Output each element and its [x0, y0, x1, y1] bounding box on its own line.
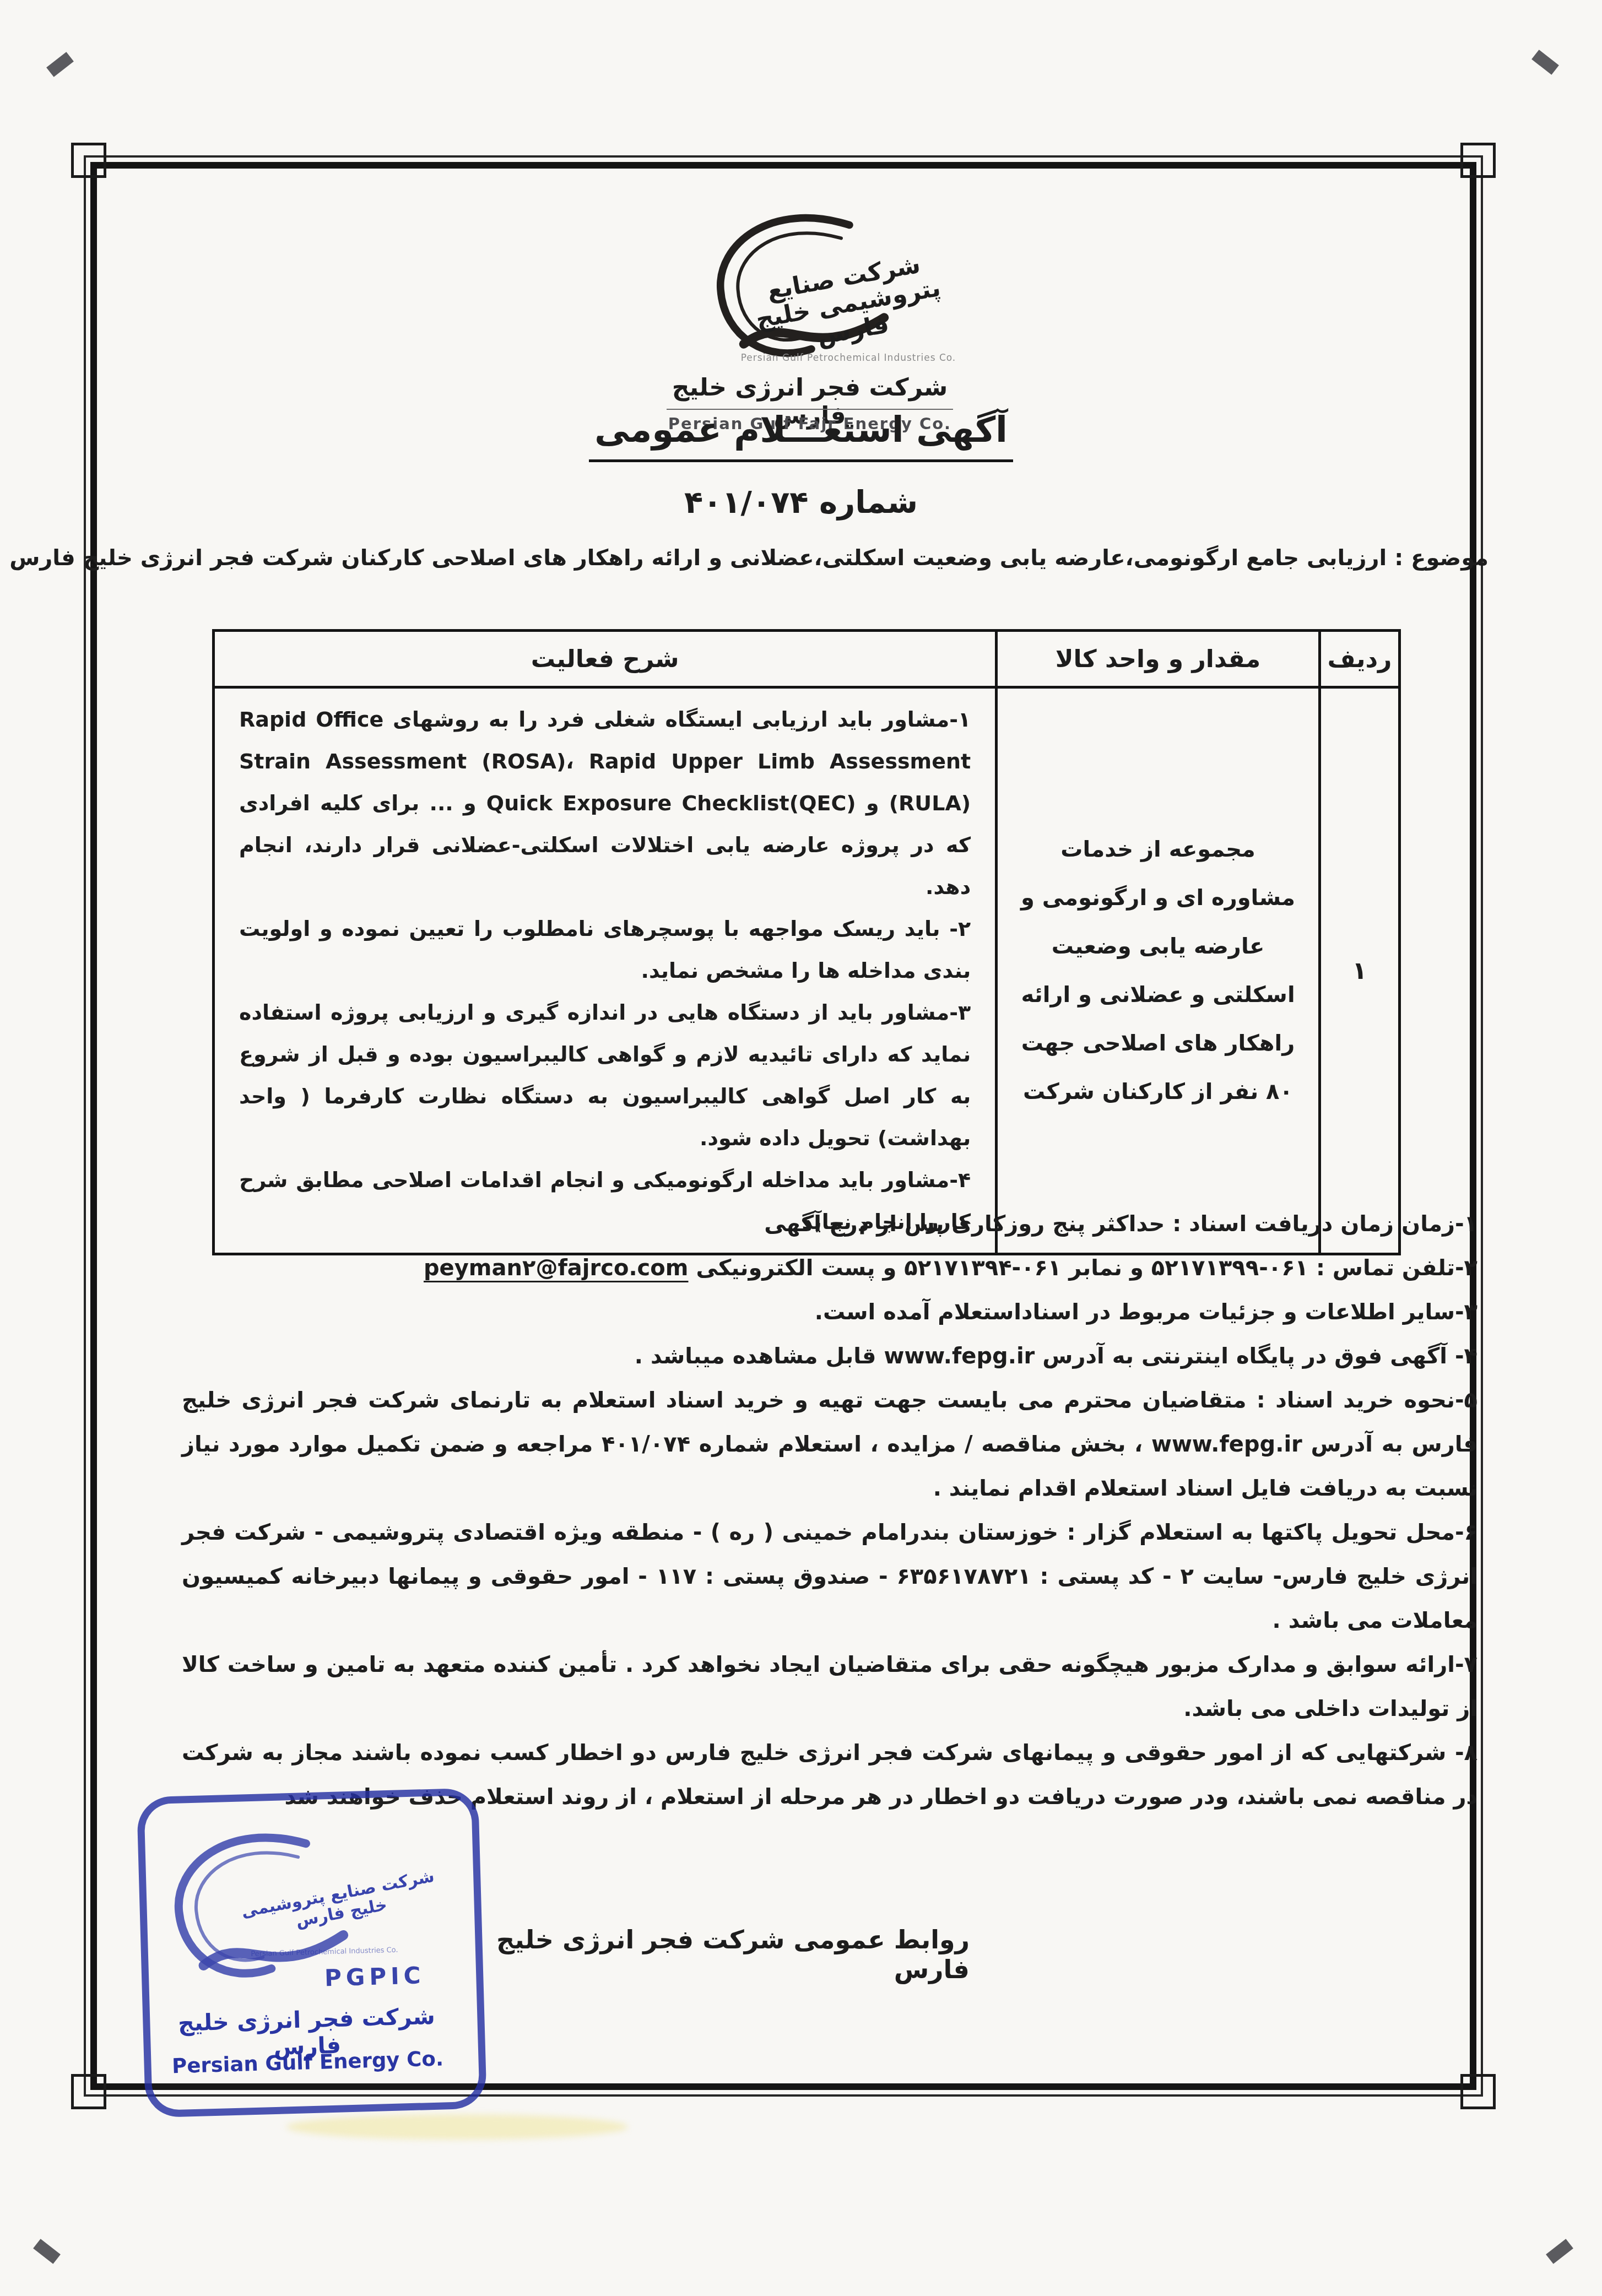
- frame-corner-knot: [1460, 2074, 1496, 2109]
- col-header-row-no: ردیف: [1319, 631, 1399, 687]
- activity-item: ۳-مشاور باید از دستگاه هایی در اندازه گی…: [239, 992, 971, 1159]
- frame-corner-knot: [71, 143, 106, 178]
- cell-qty: مجموعه از خدمات مشاوره ای و ارگونومی و ع…: [997, 687, 1320, 1254]
- col-header-qty: مقدار و واحد کالا: [997, 631, 1320, 687]
- col-header-activity: شرح فعالیت: [214, 631, 997, 687]
- note-item-2: ۲-تلفن تماس : ۰۶۱-۵۲۱۷۱۳۹۹ و نمابر ۰۶۱-۵…: [182, 1246, 1477, 1290]
- frame-corner-knot: [1460, 143, 1496, 178]
- table-row: ۱ مجموعه از خدمات مشاوره ای و ارگونومی و…: [214, 687, 1400, 1254]
- activity-item: ۱-مشاور باید ارزیابی ایستگاه شغلی فرد را…: [239, 698, 971, 908]
- company-stamp: شرکت صنایع پتروشیمی خلیج فارس Persian Gu…: [137, 1788, 487, 2118]
- cell-activity: ۱-مشاور باید ارزیابی ایستگاه شغلی فرد را…: [214, 687, 997, 1254]
- highlight-smudge: [286, 2114, 628, 2140]
- activity-item: ۲- باید ریسک مواجهه با پوسچرهای نامطلوب …: [239, 908, 971, 992]
- note-2-text: ۲-تلفن تماس : ۰۶۱-۵۲۱۷۱۳۹۹ و نمابر ۰۶۱-۵…: [688, 1255, 1477, 1281]
- contact-email: peyman۲@fajrco.com: [424, 1255, 689, 1281]
- table-header-row: ردیف مقدار و واحد کالا شرح فعالیت: [214, 631, 1400, 687]
- scan-corner-mark-bottom-right: [1546, 2239, 1573, 2264]
- cell-row-no: ۱: [1319, 687, 1399, 1254]
- note-item-1: ۱-زمان زمان دریافت اسناد : حداکثر پنج رو…: [182, 1202, 1477, 1246]
- scan-corner-mark-bottom-left: [33, 2239, 61, 2264]
- notes-list: ۱-زمان زمان دریافت اسناد : حداکثر پنج رو…: [182, 1202, 1477, 1819]
- scan-corner-mark-top-right: [1531, 50, 1559, 75]
- subject-line: موضوع : ارزیابی جامع ارگونومی،عارضه یابی…: [182, 545, 1489, 571]
- note-item-4: ۴- آگهی فوق در پایگاه اینترنتی به آدرس w…: [182, 1334, 1477, 1378]
- inquiry-items-table: ردیف مقدار و واحد کالا شرح فعالیت ۱ مجمو…: [212, 629, 1401, 1255]
- notice-number: شماره ۴۰۱/۰۷۴: [0, 485, 1602, 521]
- scanned-notice-page: شرکت صنایع پتروشیمی خلیج فارس Persian Gu…: [0, 0, 1602, 2296]
- company-logo-block: شرکت صنایع پتروشیمی خلیج فارس Persian Gu…: [617, 187, 1003, 424]
- frame-corner-knot: [71, 2074, 106, 2109]
- note-item-5: ۵-نحوه خرید اسناد : متقاضیان محترم می با…: [182, 1378, 1477, 1510]
- scan-corner-mark-top-left: [46, 52, 74, 77]
- note-item-3: ۳-سایر اطلاعات و جزئیات مربوط در اسناداس…: [182, 1290, 1477, 1334]
- stamp-acronym: PGPIC: [286, 1961, 463, 1992]
- note-item-6: ۶-محل تحویل پاکتها به استعلام گزار : خوز…: [182, 1510, 1477, 1643]
- page-title: آگهی استعـــلام عمومی: [589, 410, 1013, 462]
- note-item-7: ۷-ارائه سوابق و مدارک مزبور هیچگونه حقی …: [182, 1643, 1477, 1731]
- logo-caption-en: Persian Gulf Petrochemical Industries Co…: [727, 353, 970, 364]
- public-relations-footer: روابط عمومی شرکت فجر انرژی خلیج فارس: [457, 1925, 970, 1984]
